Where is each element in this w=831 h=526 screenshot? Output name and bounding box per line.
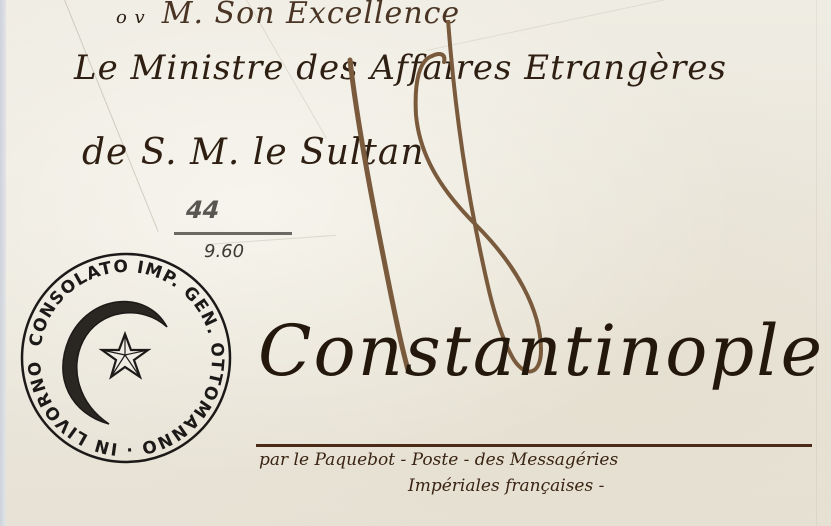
routing-note-line-1: par le Paquebot - Poste - des Messagérie… (259, 450, 618, 470)
routing-note-line-2: Impériales françaises - (408, 476, 604, 496)
paper-crease (816, 0, 817, 526)
envelope-cover: o vM. Son Excellence Le Ministre des Aff… (6, 0, 831, 526)
address-city: Constantinople (258, 310, 824, 392)
address-line-1-prefix: o v (116, 7, 146, 28)
address-underline (256, 444, 812, 447)
consular-cachet-icon: CONSOLATO IMP. GEN. OTTOMANNO · IN LIVOR… (17, 249, 235, 467)
pencil-underline (174, 232, 292, 235)
pencil-mark-1: 44 (182, 196, 223, 224)
paper-crease (64, 0, 159, 232)
